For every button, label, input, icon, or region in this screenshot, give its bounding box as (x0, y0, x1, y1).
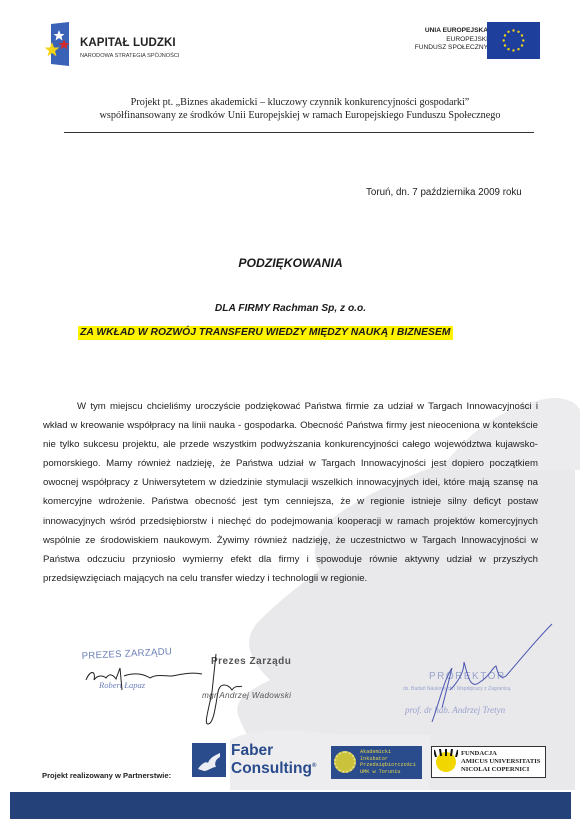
fundacja-text: FUNDACJA AMICUS UNIVERSITATIS NICOLAI CO… (461, 750, 540, 774)
eu-line-2: EUROPEJSKI (415, 36, 488, 45)
aip-emblem-icon (334, 751, 356, 773)
faber-consulting-logo: Faber Consulting® (192, 743, 332, 779)
highlighted-heading-text: ZA WKŁAD W ROZWÓJ TRANSFERU WIEDZY MIĘDZ… (78, 326, 453, 340)
signature-2-title: Prezes Zarządu (211, 656, 291, 667)
aip-line-3: Przedsiębiorczości (360, 762, 416, 769)
signature-3-name: prof. dr hab. Andrzej Tretyn (405, 705, 505, 715)
faber-line-2-text: Consulting (231, 760, 312, 777)
sun-rays-icon (434, 749, 458, 757)
akademicki-inkubator-logo: Akademicki Inkubator Przedsiębiorczości … (331, 746, 422, 779)
faber-consulting-text: Faber Consulting® (231, 743, 316, 776)
document-date: Toruń, dn. 7 października 2009 roku (366, 187, 522, 198)
letter-body-paragraph: W tym miejscu chcieliśmy uroczyście podz… (43, 397, 538, 588)
fundacja-amicus-logo: FUNDACJA AMICUS UNIVERSITATIS NICOLAI CO… (431, 746, 546, 778)
project-line-1: Projekt pt. „Biznes akademicki – kluczow… (60, 96, 540, 109)
eu-logo-text: UNIA EUROPEJSKA EUROPEJSKI FUNDUSZ SPOŁE… (415, 27, 488, 53)
aip-text: Akademicki Inkubator Przedsiębiorczości … (360, 749, 416, 775)
project-line-2: współfinansowany ze środków Unii Europej… (60, 109, 540, 122)
header-divider (64, 132, 534, 133)
fundacja-line-3: NICOLAI COPERNICI (461, 766, 540, 774)
signature-3-title: PROREKTOR (429, 671, 506, 682)
eu-line-3: FUNDUSZ SPOŁECZNY (415, 44, 488, 53)
faber-line-1: Faber (231, 743, 316, 759)
signature-1-name: Robert Łapaz (99, 680, 145, 690)
signature-1-title: PREZES ZARZĄDU (81, 646, 172, 662)
document-title: PODZIĘKOWANIA (0, 256, 581, 270)
fundacja-line-1: FUNDACJA (461, 750, 540, 758)
eu-logo: UNIA EUROPEJSKA EUROPEJSKI FUNDUSZ SPOŁE… (400, 22, 540, 60)
signature-2-name: mgr Andrzej Wadowski (202, 691, 291, 700)
footer-bar (10, 792, 571, 819)
faber-map-icon (192, 743, 226, 777)
kapital-ludzki-title: KAPITAŁ LUDZKI (80, 37, 176, 49)
eu-flag-icon (487, 22, 540, 59)
aip-line-4: UMK w Toruniu (360, 769, 416, 776)
kapital-ludzki-flag-icon (45, 22, 70, 66)
fundacja-line-2: AMICUS UNIVERSITATIS (461, 758, 540, 766)
partners-label: Projekt realizowany w Partnerstwie: (42, 771, 171, 780)
document-subtitle: DLA FIRMY Rachman Sp, z o.o. (0, 303, 581, 314)
project-description: Projekt pt. „Biznes akademicki – kluczow… (60, 96, 540, 122)
faber-line-2: Consulting® (231, 759, 316, 777)
letter-body: W tym miejscu chcieliśmy uroczyście podz… (43, 397, 538, 588)
kapital-ludzki-logo: KAPITAŁ LUDZKI NARODOWA STRATEGIA SPÓJNO… (40, 22, 200, 68)
highlighted-heading: ZA WKŁAD W ROZWÓJ TRANSFERU WIEDZY MIĘDZ… (78, 322, 453, 340)
eu-line-1: UNIA EUROPEJSKA (415, 27, 488, 36)
signature-3-subtitle: ds. Badań Naukowych i Współpracy z Zagra… (403, 686, 510, 692)
registered-mark: ® (312, 763, 316, 769)
kapital-ludzki-subtitle: NARODOWA STRATEGIA SPÓJNOŚCI (80, 53, 179, 59)
